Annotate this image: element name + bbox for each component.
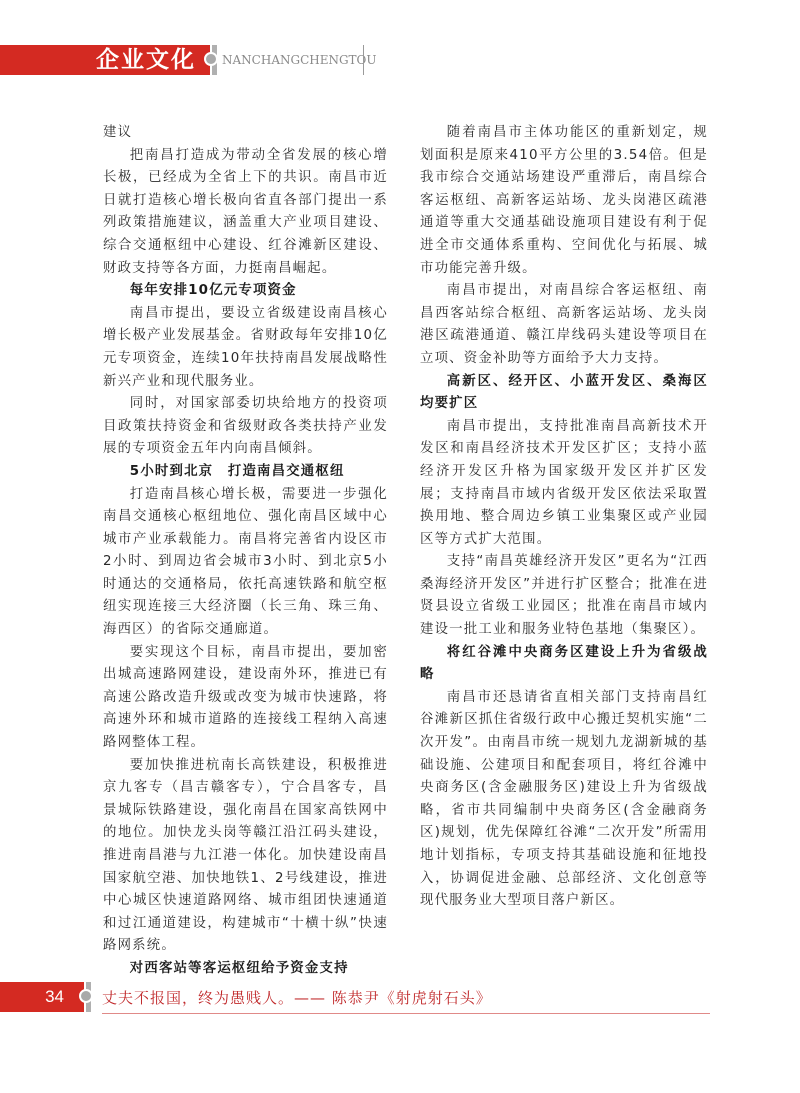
page-number: 34 (45, 986, 64, 1008)
section-heading: 高新区、经开区、小蓝开发区、桑海区均要扩区 (420, 371, 708, 416)
paragraph: 打造南昌核心增长极，需要进一步强化南昌交通核心枢纽地位、强化南昌区域中心城市产业… (103, 484, 388, 642)
section-title-bar: 企业文化 (0, 45, 210, 75)
section-heading: 5小时到北京 打造南昌交通枢纽 (103, 461, 388, 484)
section-heading: 将红谷滩中央商务区建设上升为省级战略 (420, 642, 708, 687)
right-column: 随着南昌市主体功能区的重新划定，规划面积是原来410平方公里的3.54倍。但是我… (420, 122, 708, 913)
paragraph: 南昌市提出，要设立省级建设南昌核心增长极产业发展基金。省财政每年安排10亿元专项… (103, 303, 388, 393)
paragraph: 随着南昌市主体功能区的重新划定，规划面积是原来410平方公里的3.54倍。但是我… (420, 122, 708, 280)
section-heading: 对西客站等客运枢纽给予资金支持 (103, 958, 388, 981)
paragraph: 建议 (103, 122, 388, 145)
paragraph: 南昌市提出，对南昌综合客运枢纽、南昌西客站综合枢纽、高新客运站场、龙头岗港区疏港… (420, 280, 708, 370)
header-end-rule (363, 45, 364, 75)
footer-circle-icon (79, 989, 93, 1003)
paragraph: 要实现这个目标，南昌市提出，要加密出城高速路网建设，建设南外环，推进已有高速公路… (103, 642, 388, 755)
paragraph: 把南昌打造成为带动全省发展的核心增长极，已经成为全省上下的共识。南昌市近日就打造… (103, 145, 388, 281)
section-header: 企业文化 NANCHANGCHENGTOU (0, 45, 380, 75)
paragraph: 支持“南昌英雄经济开发区”更名为“江西桑海经济开发区”并进行扩区整合；批准在进贤… (420, 551, 708, 641)
page-number-bar: 34 (0, 982, 84, 1012)
page-footer: 34 丈夫不报国，终为愚贱人。—— 陈恭尹《射虎射石头》 (0, 982, 800, 1022)
footer-rule (102, 1013, 710, 1014)
paragraph: 南昌市还恳请省直相关部门支持南昌红谷滩新区抓住省级行政中心搬迁契机实施“二次开发… (420, 687, 708, 913)
section-title: 企业文化 (96, 47, 196, 73)
paragraph: 南昌市提出，支持批准南昌高新技术开发区和南昌经济技术开发区扩区；支持小蓝经济开发… (420, 416, 708, 552)
publication-name: NANCHANGCHENGTOU (222, 53, 377, 67)
section-heading: 每年安排10亿元专项资金 (103, 280, 388, 303)
header-circle-icon (204, 52, 218, 66)
footer-quote: 丈夫不报国，终为愚贱人。—— 陈恭尹《射虎射石头》 (102, 987, 492, 1008)
left-column: 建议把南昌打造成为带动全省发展的核心增长极，已经成为全省上下的共识。南昌市近日就… (103, 122, 388, 981)
paragraph: 同时，对国家部委切块给地方的投资项目政策扶持资金和省级财政各类扶持产业发展的专项… (103, 393, 388, 461)
paragraph: 要加快推进杭南长高铁建设，积极推进京九客专（昌吉赣客专），宁合昌客专，昌景城际铁… (103, 755, 388, 958)
